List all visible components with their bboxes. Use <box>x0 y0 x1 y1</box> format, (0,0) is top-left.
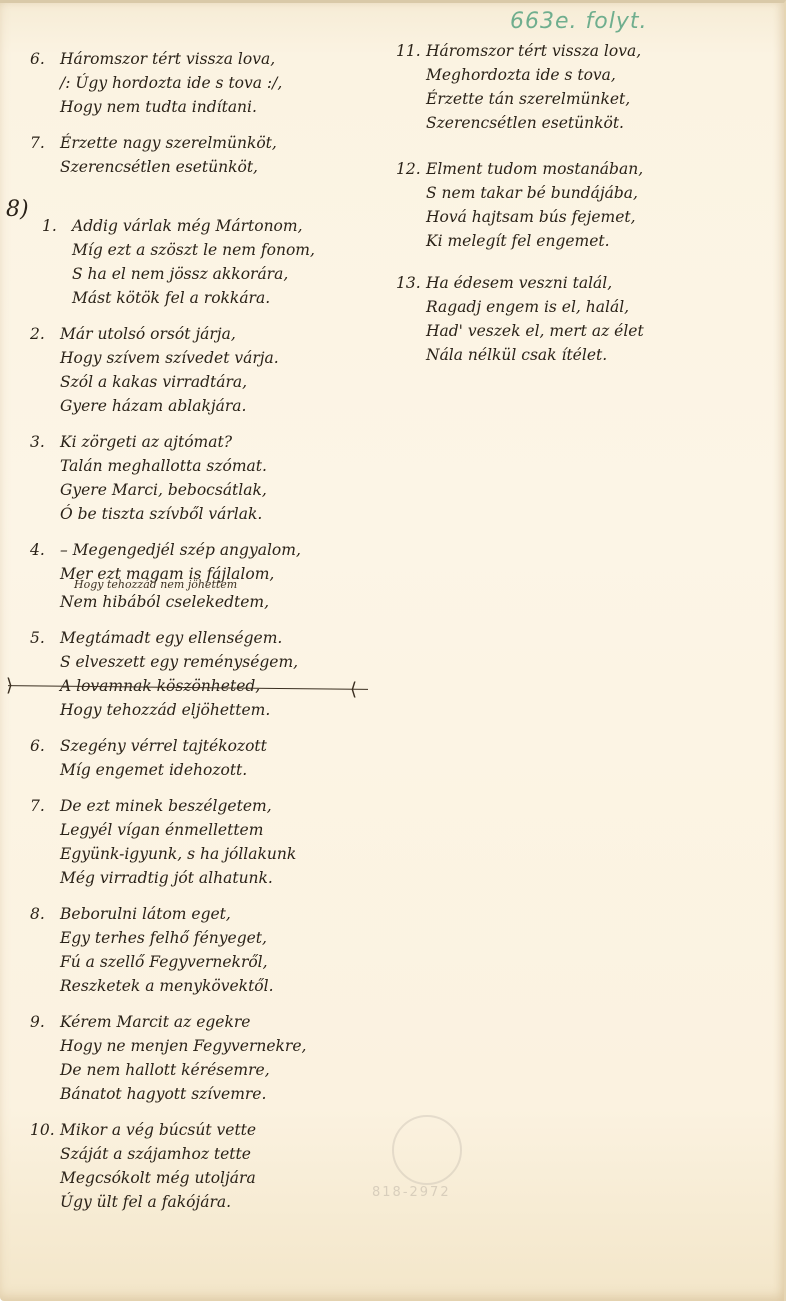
verse-line: Háromszor tért vissza lova, <box>60 50 275 68</box>
verse-line: Ki zörgeti az ajtómat? <box>60 433 232 451</box>
stanza-13: 13.Ha édesem veszni talál, Ragadj engem … <box>396 271 766 367</box>
verse-line: Hogy nem tudta indítani. <box>30 95 410 119</box>
verse-line: Nem hibából cselekedtem, <box>30 590 410 614</box>
stanza-number: 2. <box>30 322 60 346</box>
verse-line: Elment tudom mostanában, <box>426 160 643 178</box>
verse-line: Egy terhes felhő fényeget, <box>30 926 410 950</box>
stanza-4: 4.– Megengedjél szép angyalom, Mer ezt m… <box>30 538 410 614</box>
stanza-7: 7.Érzette nagy szerelmünköt, Szerencsétl… <box>30 131 410 179</box>
verse-line: Fú a szellő Fegyvernekről, <box>30 950 410 974</box>
verse-line: Szerencsétlen esetünköt. <box>396 111 766 135</box>
verse-line: Gyere Marci, bebocsátlak, <box>30 478 410 502</box>
verse-line: Míg engemet idehozott. <box>30 758 410 782</box>
stanza-number: 7. <box>30 131 60 155</box>
verse-line: Nála nélkül csak ítélet. <box>396 343 766 367</box>
stanza-number: 5. <box>30 626 60 650</box>
verse-line: Mást kötök fel a rokkára. <box>42 286 410 310</box>
verse-line: Úgy ült fel a fakójára. <box>30 1190 410 1214</box>
verse-line: Had' veszek el, mert az élet <box>396 319 766 343</box>
verse-line: – Megengedjél szép angyalom, <box>60 541 301 559</box>
stanza-number: 7. <box>30 794 60 818</box>
stanza-number: 10. <box>30 1118 60 1142</box>
stanza-11: 11.Háromszor tért vissza lova, Meghordoz… <box>396 39 766 135</box>
verse-line: De ezt minek beszélgetem, <box>60 797 272 815</box>
verse-line: Reszketek a menykövektől. <box>30 974 410 998</box>
verse-line: Szól a kakas virradtára, <box>30 370 410 394</box>
stanza-7b: 7.De ezt minek beszélgetem, Legyél vígan… <box>30 794 410 890</box>
stanza-number: 3. <box>30 430 60 454</box>
verse-line: Még virradtig jót alhatunk. <box>30 866 410 890</box>
verse-line: S elveszett egy reménységem, <box>30 650 410 674</box>
stanza-6b: 6.Szegény vérrel tajtékozott Míg engemet… <box>30 734 410 782</box>
verse-line: Megtámadt egy ellenségem. <box>60 629 282 647</box>
stanza-number: 11. <box>396 39 426 63</box>
divider-right-mark: ⟨ <box>350 679 357 700</box>
verse-line: Érzette tán szerelmünket, <box>396 87 766 111</box>
stanza-number: 1. <box>42 214 72 238</box>
stanza-8: 8.Beborulni látom eget, Egy terhes felhő… <box>30 902 410 998</box>
interlinear-insert: Hogy tehozzád nem jöhettem <box>30 580 410 590</box>
verse-line: Ha édesem veszni talál, <box>426 274 612 292</box>
stanza-9: 9.Kérem Marcit az egekre Hogy ne menjen … <box>30 1010 410 1106</box>
stanza-number: 8. <box>30 902 60 926</box>
verse-line: Érzette nagy szerelmünköt, <box>60 134 277 152</box>
verse-line: Míg ezt a szöszt le nem fonom, <box>42 238 410 262</box>
verse-line: Bánatot hagyott szívemre. <box>30 1082 410 1106</box>
verse-line: Gyere házam ablakjára. <box>30 394 410 418</box>
verse-line: Száját a szájamhoz tette <box>30 1142 410 1166</box>
verse-line: Kérem Marcit az egekre <box>60 1013 250 1031</box>
stanza-number: 12. <box>396 157 426 181</box>
stamp-number: 818-2972 <box>372 1185 451 1200</box>
manuscript-page: 663e. folyt. 6.Háromszor tért vissza lov… <box>0 0 786 1301</box>
verse-line: Beborulni látom eget, <box>60 905 231 923</box>
archive-stamp-icon <box>392 1115 462 1185</box>
verse-line: S nem takar bé bundájába, <box>396 181 766 205</box>
stanza-2: 2.Már utolsó orsót járja, Hogy szívem sz… <box>30 322 410 418</box>
verse-line: S ha el nem jössz akkorára, <box>42 262 410 286</box>
verse-line: Hogy tehozzád eljöhettem. <box>30 698 410 722</box>
verse-line: Hogy szívem szívedet várja. <box>30 346 410 370</box>
stanza-3: 3.Ki zörgeti az ajtómat? Talán meghallot… <box>30 430 410 526</box>
stanza-number: 4. <box>30 538 60 562</box>
verse-line: Háromszor tért vissza lova, <box>426 42 641 60</box>
verse-line: Együnk-igyunk, s ha jóllakunk <box>30 842 410 866</box>
verse-line: Ki melegít fel engemet. <box>396 229 766 253</box>
verse-line: Hová hajtsam bús fejemet, <box>396 205 766 229</box>
verse-line: Már utolsó orsót járja, <box>60 325 236 343</box>
verse-line: Hogy ne menjen Fegyvernekre, <box>30 1034 410 1058</box>
stanza-number: 6. <box>30 734 60 758</box>
stanza-10: 10.Mikor a vég búcsút vette Száját a szá… <box>30 1118 410 1214</box>
verse-line: Talán meghallotta szómat. <box>30 454 410 478</box>
stanza-1: 1.Addig várlak még Mártonom, Míg ezt a s… <box>42 214 410 310</box>
verse-line: Legyél vígan énmellettem <box>30 818 410 842</box>
stanza-number: 6. <box>30 47 60 71</box>
verse-line: /: Úgy hordozta ide s tova :/, <box>30 71 410 95</box>
stanza-number: 13. <box>396 271 426 295</box>
verse-line: Addig várlak még Mártonom, <box>72 217 303 235</box>
verse-line: Szerencsétlen esetünköt, <box>30 155 410 179</box>
stanza-12: 12.Elment tudom mostanában, S nem takar … <box>396 157 766 253</box>
song-8-block: 1.Addig várlak még Mártonom, Míg ezt a s… <box>30 214 410 310</box>
stanza-number: 9. <box>30 1010 60 1034</box>
verse-line: De nem hallott kérésemre, <box>30 1058 410 1082</box>
left-column: 6.Háromszor tért vissza lova, /: Úgy hor… <box>30 47 410 1226</box>
stanza-5: 5.Megtámadt egy ellenségem. S elveszett … <box>30 626 410 722</box>
archive-mark: 663e. folyt. <box>510 9 647 34</box>
verse-line: Mikor a vég búcsút vette <box>60 1121 256 1139</box>
verse-line: Szegény vérrel tajtékozott <box>60 737 267 755</box>
stanza-6: 6.Háromszor tért vissza lova, /: Úgy hor… <box>30 47 410 119</box>
verse-line: Megcsókolt még utoljára <box>30 1166 410 1190</box>
verse-line: Ó be tiszta szívből várlak. <box>30 502 410 526</box>
verse-line: Meghordozta ide s tova, <box>396 63 766 87</box>
right-column: 11.Háromszor tért vissza lova, Meghordoz… <box>396 39 766 379</box>
verse-line: Ragadj engem is el, halál, <box>396 295 766 319</box>
